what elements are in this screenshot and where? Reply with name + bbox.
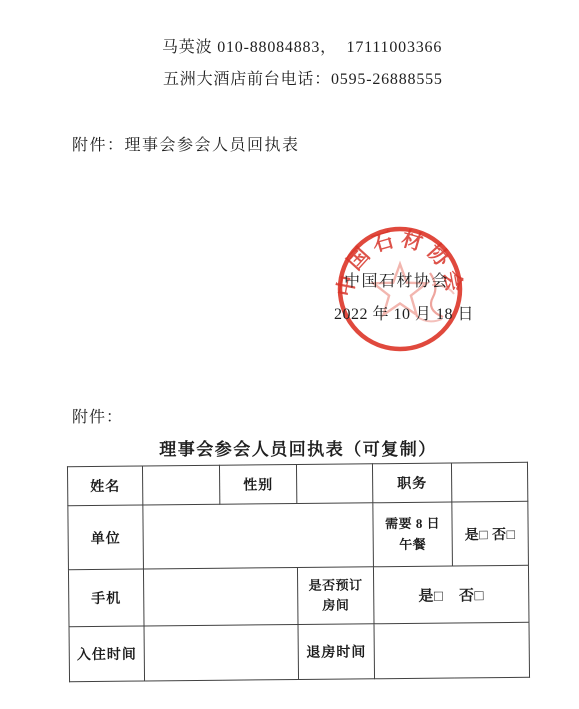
reply-form-table: 姓名 性别 职务 单位 需要 8 日 午餐: [67, 462, 530, 682]
input-checkin-cell: [144, 625, 299, 681]
room-options: 是□ 否□: [373, 565, 529, 623]
input-mobile-cell: [143, 568, 298, 626]
contact-line-2: 五洲大酒店前台电话：0595-26888555: [163, 66, 443, 89]
reply-form-table-wrap: 姓名 性别 职务 单位 需要 8 日 午餐: [67, 462, 529, 682]
contact-line-1: 马英波 010-88084883， 17111003366: [162, 34, 442, 57]
label-room-booking: 是否预订 房间: [297, 567, 374, 625]
label-organization: 单位: [68, 505, 144, 570]
attachment-section-label: 附件：: [72, 404, 123, 427]
input-name-cell: [142, 465, 219, 505]
label-room-line1: 是否预订: [302, 575, 369, 596]
form-title: 理事会参会人员回执表（可复制）: [68, 435, 528, 460]
attachment-note: 附件：理事会参会人员回执表: [72, 132, 300, 155]
label-room-line2: 房间: [302, 595, 369, 616]
lunch-options: 是□ 否□: [452, 501, 529, 566]
input-organization-cell: [143, 503, 374, 569]
input-gender-cell: [296, 464, 372, 504]
label-lunch: 需要 8 日 午餐: [373, 502, 453, 567]
org-signature-name: 中国石材协会: [344, 268, 449, 291]
input-position-cell: [451, 462, 527, 502]
table-row-4: 入住时间 退房时间: [69, 622, 530, 681]
input-checkout-cell: [374, 622, 530, 678]
label-name: 姓名: [67, 466, 142, 506]
label-checkout: 退房时间: [298, 624, 375, 680]
table-row-2: 单位 需要 8 日 午餐 是□ 否□: [68, 501, 529, 569]
label-position: 职务: [372, 463, 451, 503]
signature-date: 2022 年 10 月 18 日: [334, 301, 474, 324]
label-lunch-line1: 需要 8 日: [377, 514, 447, 535]
table-row-1: 姓名 性别 职务: [67, 462, 527, 505]
table-row-3: 手机 是否预订 房间 是□ 否□: [68, 565, 529, 626]
label-checkin: 入住时间: [69, 626, 145, 682]
document-page: 马英波 010-88084883， 17111003366 五洲大酒店前台电话：…: [0, 0, 579, 709]
label-mobile: 手机: [68, 569, 144, 627]
label-lunch-line2: 午餐: [378, 534, 448, 555]
label-gender: 性别: [219, 465, 296, 505]
